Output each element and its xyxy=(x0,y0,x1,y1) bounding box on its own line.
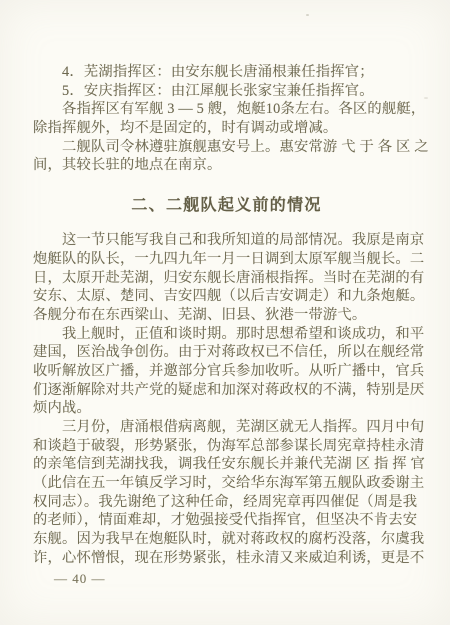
text-line: 烦内战。 xyxy=(33,399,420,418)
text-line: 三月份，唐涌根借病离舰，芜湖区就无人指挥。四月中旬 xyxy=(33,418,420,437)
text-column: 4．芜湖指挥区：由安东舰长唐涌根兼任指挥官； 5．安庆指挥区：由江犀舰长张家宝兼… xyxy=(33,63,420,587)
text-line: 我上舰时，正值和谈时期。那时思想希望和谈成功，和平 xyxy=(33,325,420,344)
text-line: 二舰队司令林遵驻旗舰惠安号上。惠安常游 弋 于 各 区 之 xyxy=(33,138,420,157)
text-line: 收听解放区广播，并邀部分官兵参加收听。从听广播中，官兵 xyxy=(33,362,420,381)
body-section: 这一节只能写我自己和我所知道的局部情况。我原是南京 炮艇队的队长，一九四九年一月… xyxy=(33,231,420,567)
text-line: 炮艇队的队长，一九四九年一月一日调到太原军舰当舰长。二 xyxy=(33,250,420,269)
text-line: 和谈趋于破裂，形势紧张，伪海军总部参谋长周宪章持桂永清 xyxy=(33,437,420,456)
text-line: 们逐渐解除对共产党的疑虑和加深对蒋政权的不满，特别是厌 xyxy=(33,381,420,400)
text-line: 东舰。因为我早在炮艇队时，就对蒋政权的腐朽没落，尔虞我 xyxy=(33,530,420,549)
page-number: — 40 — xyxy=(54,571,420,587)
text-line: 的亲笔信到芜湖找我，调我任安东舰长并兼代芜湖 区 指 挥 官 xyxy=(33,455,420,474)
text-line: 除指挥舰外，均不是固定的，时有调动或增减。 xyxy=(33,119,420,138)
scan-speck xyxy=(424,97,428,99)
text-line: 的老师），情面难却，才勉强接受代指挥官，但坚决不肯去安 xyxy=(33,511,420,530)
text-line: 间，其较长驻的地点在南京。 xyxy=(33,156,420,175)
text-line: 日，太原开赴芜湖，归安东舰长唐涌根指挥。当时在芜湖的有 xyxy=(33,269,420,288)
text-line: 建国，医治战争创伤。由于对蒋政权已不信任，所以在舰经常 xyxy=(33,343,420,362)
intro-section: 4．芜湖指挥区：由安东舰长唐涌根兼任指挥官； 5．安庆指挥区：由江犀舰长张家宝兼… xyxy=(33,63,420,175)
text-line: （此信在五一年镇反学习时，交给华东海军第五舰队政委谢主 xyxy=(33,474,420,493)
text-line: 各指挥区有军舰 3 — 5 艘，炮艇10条左右。各区的舰艇， xyxy=(33,100,420,119)
text-line: 各舰分布在东西梁山、芜湖、旧县、狄港一带游弋。 xyxy=(33,306,420,325)
text-line: 5．安庆指挥区：由江犀舰长张家宝兼任指挥官。 xyxy=(33,82,420,101)
scan-speck xyxy=(306,14,309,16)
text-line: 4．芜湖指挥区：由安东舰长唐涌根兼任指挥官； xyxy=(33,63,420,82)
text-line: 权同志）。我先谢绝了这种任命，经周宪章再四催促（周是我 xyxy=(33,493,420,512)
text-line: 这一节只能写我自己和我所知道的局部情况。我原是南京 xyxy=(33,231,420,250)
section-heading: 二、二舰队起义前的情况 xyxy=(33,195,420,217)
scanned-page: 4．芜湖指挥区：由安东舰长唐涌根兼任指挥官； 5．安庆指挥区：由江犀舰长张家宝兼… xyxy=(0,0,450,625)
text-line: 安东、太原、楚同、吉安四舰（以后吉安调走）和九条炮艇。 xyxy=(33,287,420,306)
text-line: 诈，心怀憎恨，现在形势紧张，桂永清又来威迫利诱，更是不 xyxy=(33,549,420,568)
